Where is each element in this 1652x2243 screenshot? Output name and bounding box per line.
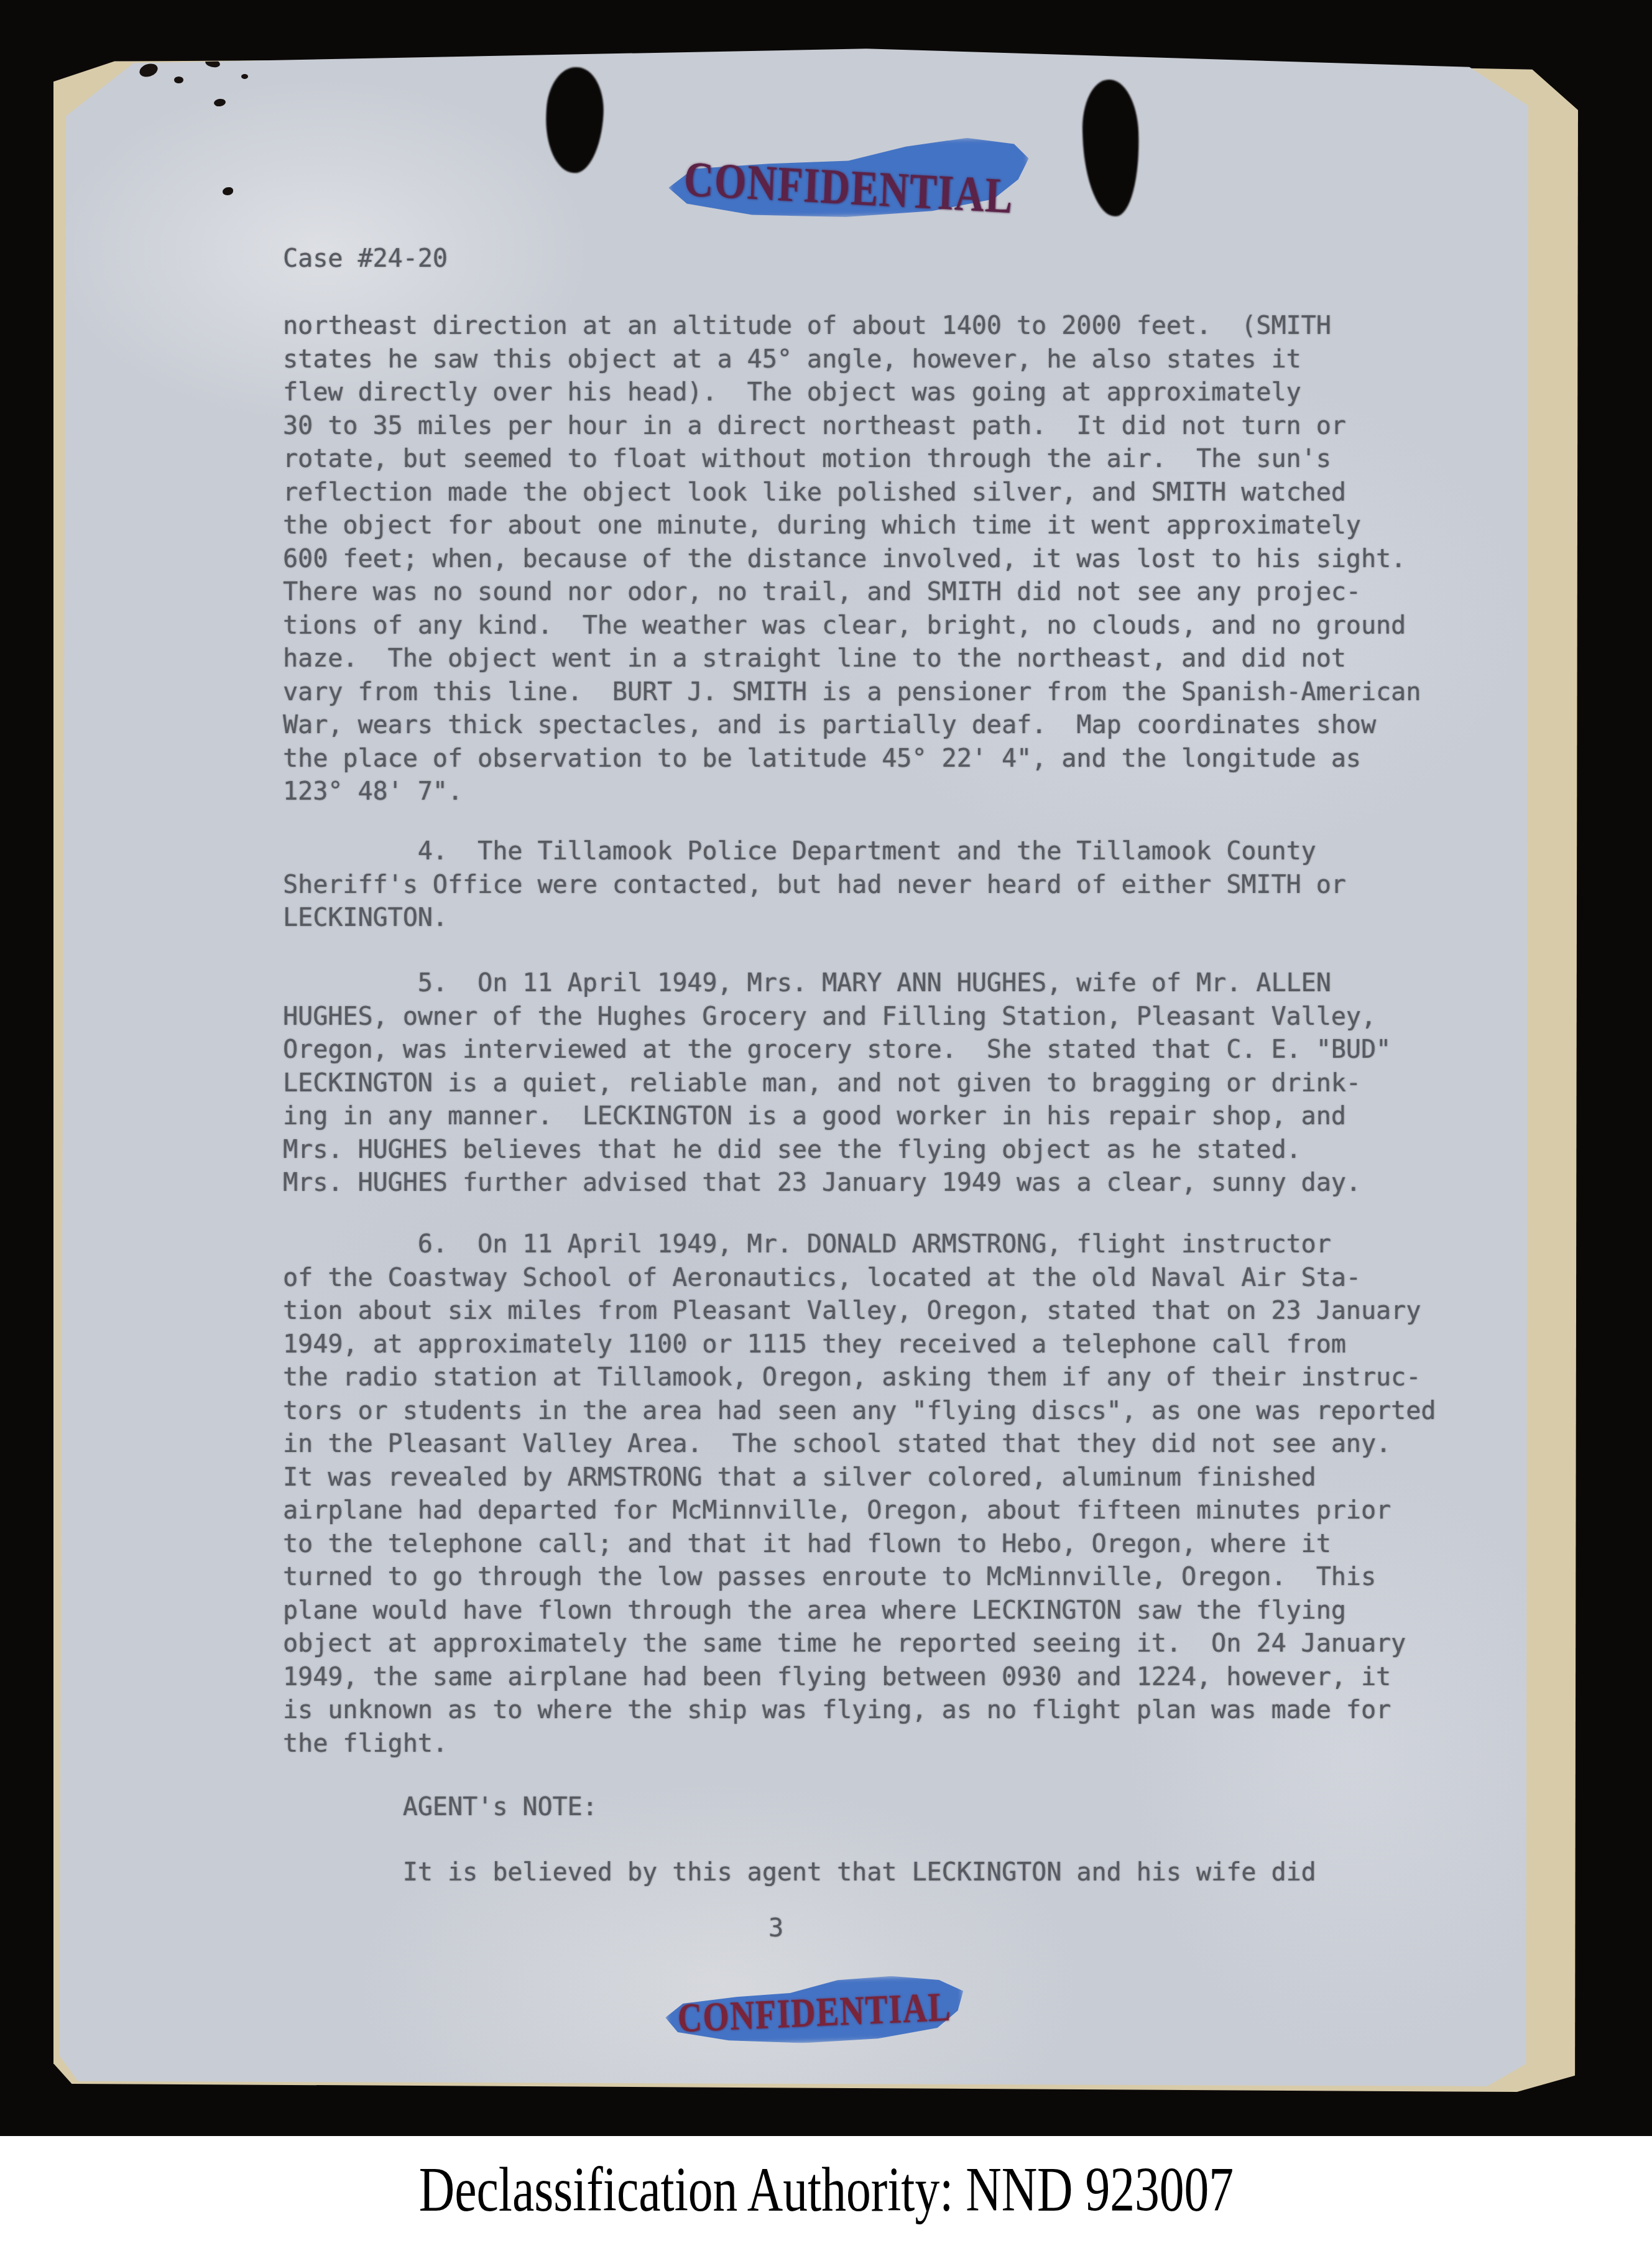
typewritten-line: vary from this line. BURT J. SMITH is a … <box>283 676 1421 710</box>
typewritten-line: turned to go through the low passes enro… <box>283 1561 1436 1594</box>
paragraph-continuation: northeast direction at an altitude of ab… <box>283 310 1421 809</box>
case-number: Case #24-20 <box>283 243 448 276</box>
page-number: 3 <box>768 1912 783 1946</box>
typewritten-line: LECKINGTON is a quiet, reliable man, and… <box>283 1067 1391 1101</box>
typewritten-line: War, wears thick spectacles, and is part… <box>283 709 1421 742</box>
typewritten-line: ing in any manner. LECKINGTON is a good … <box>283 1100 1391 1134</box>
typewritten-line: of the Coastway School of Aeronautics, l… <box>283 1262 1436 1295</box>
typewritten-line: 6. On 11 April 1949, Mr. DONALD ARMSTRON… <box>283 1228 1436 1262</box>
typewritten-line: tions of any kind. The weather was clear… <box>283 609 1421 643</box>
hole-punch-right <box>1081 78 1142 217</box>
scanned-document-scene: CONFIDENTIAL Case #24-20 northeast direc… <box>0 0 1652 2243</box>
typewritten-line: the radio station at Tillamook, Oregon, … <box>283 1361 1436 1395</box>
typewritten-line: in the Pleasant Valley Area. The school … <box>283 1428 1436 1461</box>
typewritten-line: haze. The object went in a straight line… <box>283 642 1421 676</box>
agents-note-heading: AGENT's NOTE: <box>283 1791 598 1824</box>
ink-speck <box>241 74 248 79</box>
declassification-band: Declassification Authority: NND 923007 <box>0 2136 1652 2243</box>
typewritten-line: flew directly over his head). The object… <box>283 376 1421 410</box>
typewritten-line: Mrs. HUGHES further advised that 23 Janu… <box>283 1167 1391 1200</box>
paragraph-5: 5. On 11 April 1949, Mrs. MARY ANN HUGHE… <box>283 967 1391 1200</box>
typewritten-line: There was no sound nor odor, no trail, a… <box>283 576 1421 609</box>
confidential-stamp-bottom: CONFIDENTIAL <box>677 1984 953 2043</box>
typewritten-line: 1949, the same airplane had been flying … <box>283 1661 1436 1695</box>
typewritten-line: tors or students in the area had seen an… <box>283 1395 1436 1428</box>
typewritten-line: the flight. <box>283 1727 1436 1761</box>
typewritten-line: airplane had departed for McMinnville, O… <box>283 1494 1436 1528</box>
typewritten-line: is unknown as to where the ship was flyi… <box>283 1694 1436 1727</box>
hole-punch-left <box>543 66 606 175</box>
typewritten-line: object at approximately the same time he… <box>283 1627 1436 1661</box>
typewritten-line: states he saw this object at a 45° angle… <box>283 343 1421 377</box>
typewritten-line: to the telephone call; and that it had f… <box>283 1528 1436 1561</box>
document-page: CONFIDENTIAL Case #24-20 northeast direc… <box>57 47 1528 2086</box>
typewritten-line: reflection made the object look like pol… <box>283 476 1421 510</box>
typewritten-line: 5. On 11 April 1949, Mrs. MARY ANN HUGHE… <box>283 967 1391 1001</box>
typewritten-line: 4. The Tillamook Police Department and t… <box>283 835 1346 869</box>
typewritten-line: plane would have flown through the area … <box>283 1594 1436 1628</box>
typewritten-line: Oregon, was interviewed at the grocery s… <box>283 1034 1391 1067</box>
agents-note-line: It is believed by this agent that LECKIN… <box>283 1856 1316 1890</box>
typewritten-line: 1949, at approximately 1100 or 1115 they… <box>283 1328 1436 1362</box>
typewritten-line: rotate, but seemed to float without moti… <box>283 443 1421 476</box>
paragraph-6: 6. On 11 April 1949, Mr. DONALD ARMSTRON… <box>283 1228 1436 1760</box>
declassification-text: Declassification Authority: NND 923007 <box>418 2153 1233 2226</box>
typewritten-line: 123° 48' 7". <box>283 775 1421 809</box>
typewritten-line: LECKINGTON. <box>283 902 1346 935</box>
typewritten-line: Mrs. HUGHES believes that he did see the… <box>283 1134 1391 1167</box>
ink-speck <box>174 76 183 83</box>
typewritten-line: northeast direction at an altitude of ab… <box>283 310 1421 343</box>
paragraph-4: 4. The Tillamook Police Department and t… <box>283 835 1346 935</box>
typewritten-line: the place of observation to be latitude … <box>283 742 1421 776</box>
ink-speck <box>205 58 221 69</box>
typewritten-line: It was revealed by ARMSTRONG that a silv… <box>283 1461 1436 1495</box>
typewritten-line: Sheriff's Office were contacted, but had… <box>283 869 1346 902</box>
typewritten-line: HUGHES, owner of the Hughes Grocery and … <box>283 1001 1391 1034</box>
typewritten-line: 30 to 35 miles per hour in a direct nort… <box>283 410 1421 443</box>
typewritten-line: tion about six miles from Pleasant Valle… <box>283 1295 1436 1328</box>
typewritten-line: the object for about one minute, during … <box>283 509 1421 543</box>
ink-speck <box>213 98 226 108</box>
ink-speck <box>138 62 160 79</box>
ink-speck <box>223 187 233 195</box>
typewritten-line: 600 feet; when, because of the distance … <box>283 543 1421 576</box>
